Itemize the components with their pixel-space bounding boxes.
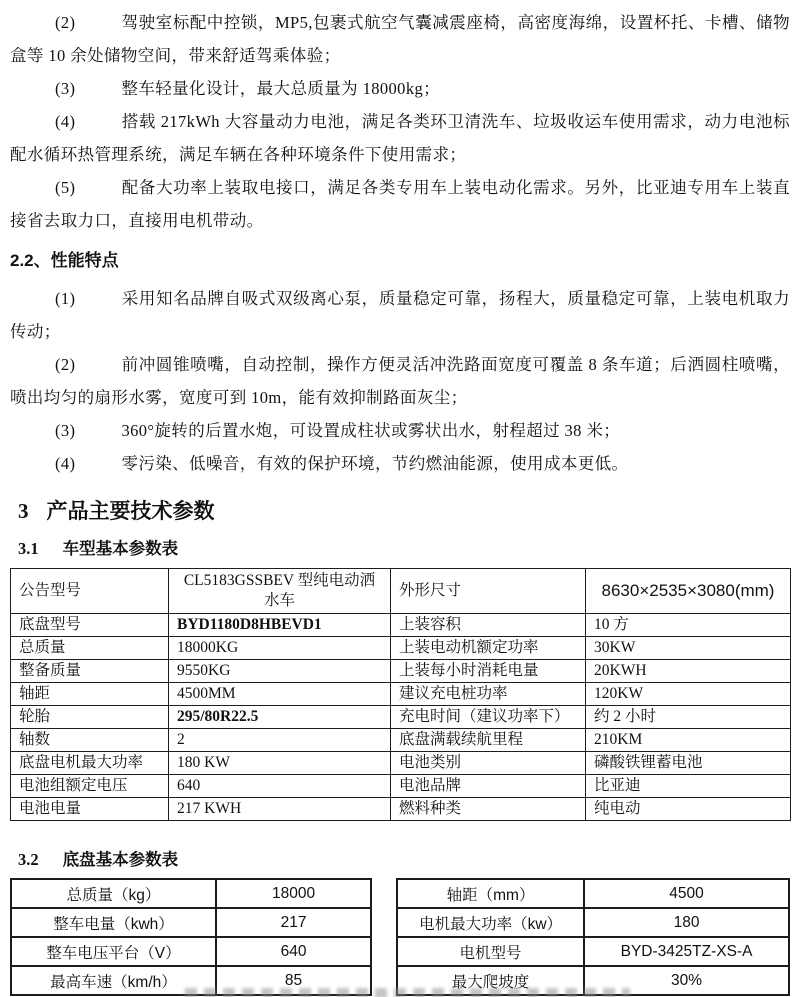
param-label-cell: 电机最大功率（kw） xyxy=(397,908,584,937)
table-row: 整备质量 9550KG 上装每小时消耗电量 20KWH xyxy=(11,660,791,683)
param-label-cell: 整车电压平台（V） xyxy=(11,937,216,966)
paragraph-item: (3)整车轻量化设计，最大总质量为 18000kg； xyxy=(10,72,790,105)
param-value-cell: 640 xyxy=(216,937,371,966)
param-value-cell: 2 xyxy=(169,729,391,752)
section-heading-performance: 2.2、性能特点 xyxy=(10,251,790,271)
paragraph-item: (3)360°旋转的后置水炮，可设置成柱状或雾状出水，射程超过 38 米； xyxy=(10,414,790,447)
chassis-params-table-left: 总质量（kg） 18000 整车电量（kwh） 217 整车电压平台（V） 64… xyxy=(10,878,372,996)
table-row: 整车电压平台（V） 640 xyxy=(11,937,371,966)
param-label-cell: 底盘满载续航里程 xyxy=(391,729,586,752)
param-label-cell: 电池组额定电压 xyxy=(11,775,169,798)
document-page: (2)驾驶室标配中控锁，MP5,包裹式航空气囊减震座椅，高密度海绵，设置杯托、卡… xyxy=(0,0,800,996)
param-label-cell: 总质量（kg） xyxy=(11,879,216,908)
param-label-cell: 电池品牌 xyxy=(391,775,586,798)
param-value-cell: 180 KW xyxy=(169,752,391,775)
param-value-cell: 30KW xyxy=(586,637,791,660)
param-value-cell: 217 KWH xyxy=(169,798,391,821)
param-label-cell: 上装电动机额定功率 xyxy=(391,637,586,660)
section-title: 产品主要技术参数 xyxy=(47,499,215,523)
param-label-cell: 最大爬坡度 xyxy=(397,966,584,995)
param-value-cell: 120KW xyxy=(586,683,791,706)
param-value-cell: CL5183GSSBEV 型纯电动洒水车 xyxy=(169,569,391,614)
param-value-cell: BYD-3425TZ-XS-A xyxy=(584,937,789,966)
param-label-cell: 电池类别 xyxy=(391,752,586,775)
param-value-cell: 85 xyxy=(216,966,371,995)
param-value-cell: 10 方 xyxy=(586,614,791,637)
param-label-cell: 轴数 xyxy=(11,729,169,752)
paragraph-text: 配备大功率上装取电接口，满足各类专用车上装电动化需求。另外，比亚迪专用车上装直接… xyxy=(10,178,790,230)
param-label-cell: 外形尺寸 xyxy=(391,569,586,614)
param-label-cell: 上装容积 xyxy=(391,614,586,637)
param-value-cell: 磷酸铁锂蓄电池 xyxy=(586,752,791,775)
param-label-cell: 整车电量（kwh） xyxy=(11,908,216,937)
param-value-cell: 8630×2535×3080(mm) xyxy=(586,569,791,614)
paragraph-item: (2)前冲圆锥喷嘴，自动控制，操作方便灵活冲洗路面宽度可覆盖 8 条车道；后洒圆… xyxy=(10,348,790,414)
item-number: (2) xyxy=(55,355,75,374)
table-row: 整车电量（kwh） 217 xyxy=(11,908,371,937)
paragraph-text: 采用知名品牌自吸式双级离心泵，质量稳定可靠，扬程大，质量稳定可靠，上装电机取力传… xyxy=(10,289,790,341)
item-number: (4) xyxy=(55,454,75,473)
param-label-cell: 轴距 xyxy=(11,683,169,706)
param-label-cell: 公告型号 xyxy=(11,569,169,614)
param-label-cell: 底盘电机最大功率 xyxy=(11,752,169,775)
table-row: 总质量（kg） 18000 xyxy=(11,879,371,908)
param-label-cell: 充电时间（建议功率下） xyxy=(391,706,586,729)
table-row: 轴距 4500MM 建议充电桩功率 120KW xyxy=(11,683,791,706)
paragraph-text: 驾驶室标配中控锁，MP5,包裹式航空气囊减震座椅，高密度海绵，设置杯托、卡槽、储… xyxy=(10,13,790,65)
param-value-cell: 4500 xyxy=(584,879,789,908)
table-row: 最高车速（km/h） 85 xyxy=(11,966,371,995)
param-label-cell: 电池电量 xyxy=(11,798,169,821)
item-number: (1) xyxy=(55,289,75,308)
param-label-cell: 电机型号 xyxy=(397,937,584,966)
paragraph-text: 整车轻量化设计，最大总质量为 18000kg； xyxy=(121,79,440,98)
item-number: (3) xyxy=(55,79,75,98)
table-row: 轴数 2 底盘满载续航里程 210KM xyxy=(11,729,791,752)
param-value-cell: BYD1180D8HBEVD1 xyxy=(169,614,391,637)
param-value-cell: 210KM xyxy=(586,729,791,752)
param-label-cell: 总质量 xyxy=(11,637,169,660)
paragraph-item: (1)采用知名品牌自吸式双级离心泵，质量稳定可靠，扬程大，质量稳定可靠，上装电机… xyxy=(10,282,790,348)
paragraph-text: 零污染、低噪音，有效的保护环境，节约燃油能源，使用成本更低。 xyxy=(121,454,628,473)
param-value-cell: 30% xyxy=(584,966,789,995)
table-row: 电机最大功率（kw） 180 xyxy=(397,908,789,937)
section-title: 车型基本参数表 xyxy=(63,539,179,558)
paragraph-text: 360°旋转的后置水炮，可设置成柱状或雾状出水，射程超过 38 米； xyxy=(121,421,620,440)
param-value-cell: 比亚迪 xyxy=(586,775,791,798)
vehicle-params-table: 公告型号 CL5183GSSBEV 型纯电动洒水车 外形尺寸 8630×2535… xyxy=(10,568,791,821)
param-value-cell: 180 xyxy=(584,908,789,937)
param-value-cell: 295/80R22.5 xyxy=(169,706,391,729)
section-heading-chassis-params: 3.2底盘基本参数表 xyxy=(18,849,790,870)
param-label-cell: 底盘型号 xyxy=(11,614,169,637)
table-row: 电池电量 217 KWH 燃料种类 纯电动 xyxy=(11,798,791,821)
section-title: 底盘基本参数表 xyxy=(63,850,179,869)
param-value-cell: 640 xyxy=(169,775,391,798)
param-label-cell: 轴距（mm） xyxy=(397,879,584,908)
table-row: 公告型号 CL5183GSSBEV 型纯电动洒水车 外形尺寸 8630×2535… xyxy=(11,569,791,614)
param-value-cell: 9550KG xyxy=(169,660,391,683)
table-row: 底盘电机最大功率 180 KW 电池类别 磷酸铁锂蓄电池 xyxy=(11,752,791,775)
section-heading-vehicle-params: 3.1车型基本参数表 xyxy=(18,538,790,559)
item-number: (2) xyxy=(55,13,75,32)
item-number: (3) xyxy=(55,421,75,440)
table-row: 电池组额定电压 640 电池品牌 比亚迪 xyxy=(11,775,791,798)
section-number: 3.2 xyxy=(18,850,39,869)
param-value-cell: 18000 xyxy=(216,879,371,908)
table-row: 底盘型号 BYD1180D8HBEVD1 上装容积 10 方 xyxy=(11,614,791,637)
param-value-cell: 217 xyxy=(216,908,371,937)
table-row: 轴距（mm） 4500 xyxy=(397,879,789,908)
param-label-cell: 上装每小时消耗电量 xyxy=(391,660,586,683)
table-gap-spacer xyxy=(372,878,396,996)
paragraph-text: 搭载 217kWh 大容量动力电池，满足各类环卫清洗车、垃圾收运车使用需求，动力… xyxy=(10,112,790,164)
table-row: 总质量 18000KG 上装电动机额定功率 30KW xyxy=(11,637,791,660)
param-value-cell: 4500MM xyxy=(169,683,391,706)
param-value-cell: 20KWH xyxy=(586,660,791,683)
item-number: (5) xyxy=(55,178,75,197)
item-number: (4) xyxy=(55,112,75,131)
param-label-cell: 燃料种类 xyxy=(391,798,586,821)
table-row: 最大爬坡度 30% xyxy=(397,966,789,995)
section-number: 3.1 xyxy=(18,539,39,558)
table-row: 轮胎 295/80R22.5 充电时间（建议功率下） 约 2 小时 xyxy=(11,706,791,729)
param-value-cell: 18000KG xyxy=(169,637,391,660)
section-number: 3 xyxy=(18,499,29,523)
chassis-params-table-right: 轴距（mm） 4500 电机最大功率（kw） 180 电机型号 BYD-3425… xyxy=(396,878,790,996)
paragraph-item: (2)驾驶室标配中控锁，MP5,包裹式航空气囊减震座椅，高密度海绵，设置杯托、卡… xyxy=(10,6,790,72)
param-value-cell: 约 2 小时 xyxy=(586,706,791,729)
table-row: 电机型号 BYD-3425TZ-XS-A xyxy=(397,937,789,966)
paragraph-item: (4)零污染、低噪音，有效的保护环境，节约燃油能源，使用成本更低。 xyxy=(10,447,790,480)
param-label-cell: 最高车速（km/h） xyxy=(11,966,216,995)
paragraph-text: 前冲圆锥喷嘴，自动控制，操作方便灵活冲洗路面宽度可覆盖 8 条车道；后洒圆柱喷嘴… xyxy=(10,355,790,407)
param-label-cell: 整备质量 xyxy=(11,660,169,683)
paragraph-item: (4)搭载 217kWh 大容量动力电池，满足各类环卫清洗车、垃圾收运车使用需求… xyxy=(10,105,790,171)
param-value-cell: 纯电动 xyxy=(586,798,791,821)
chassis-params-tables: 总质量（kg） 18000 整车电量（kwh） 217 整车电压平台（V） 64… xyxy=(10,878,790,996)
param-label-cell: 建议充电桩功率 xyxy=(391,683,586,706)
param-label-cell: 轮胎 xyxy=(11,706,169,729)
section-heading-main: 3产品主要技术参数 xyxy=(18,498,790,524)
paragraph-item: (5)配备大功率上装取电接口，满足各类专用车上装电动化需求。另外，比亚迪专用车上… xyxy=(10,171,790,237)
